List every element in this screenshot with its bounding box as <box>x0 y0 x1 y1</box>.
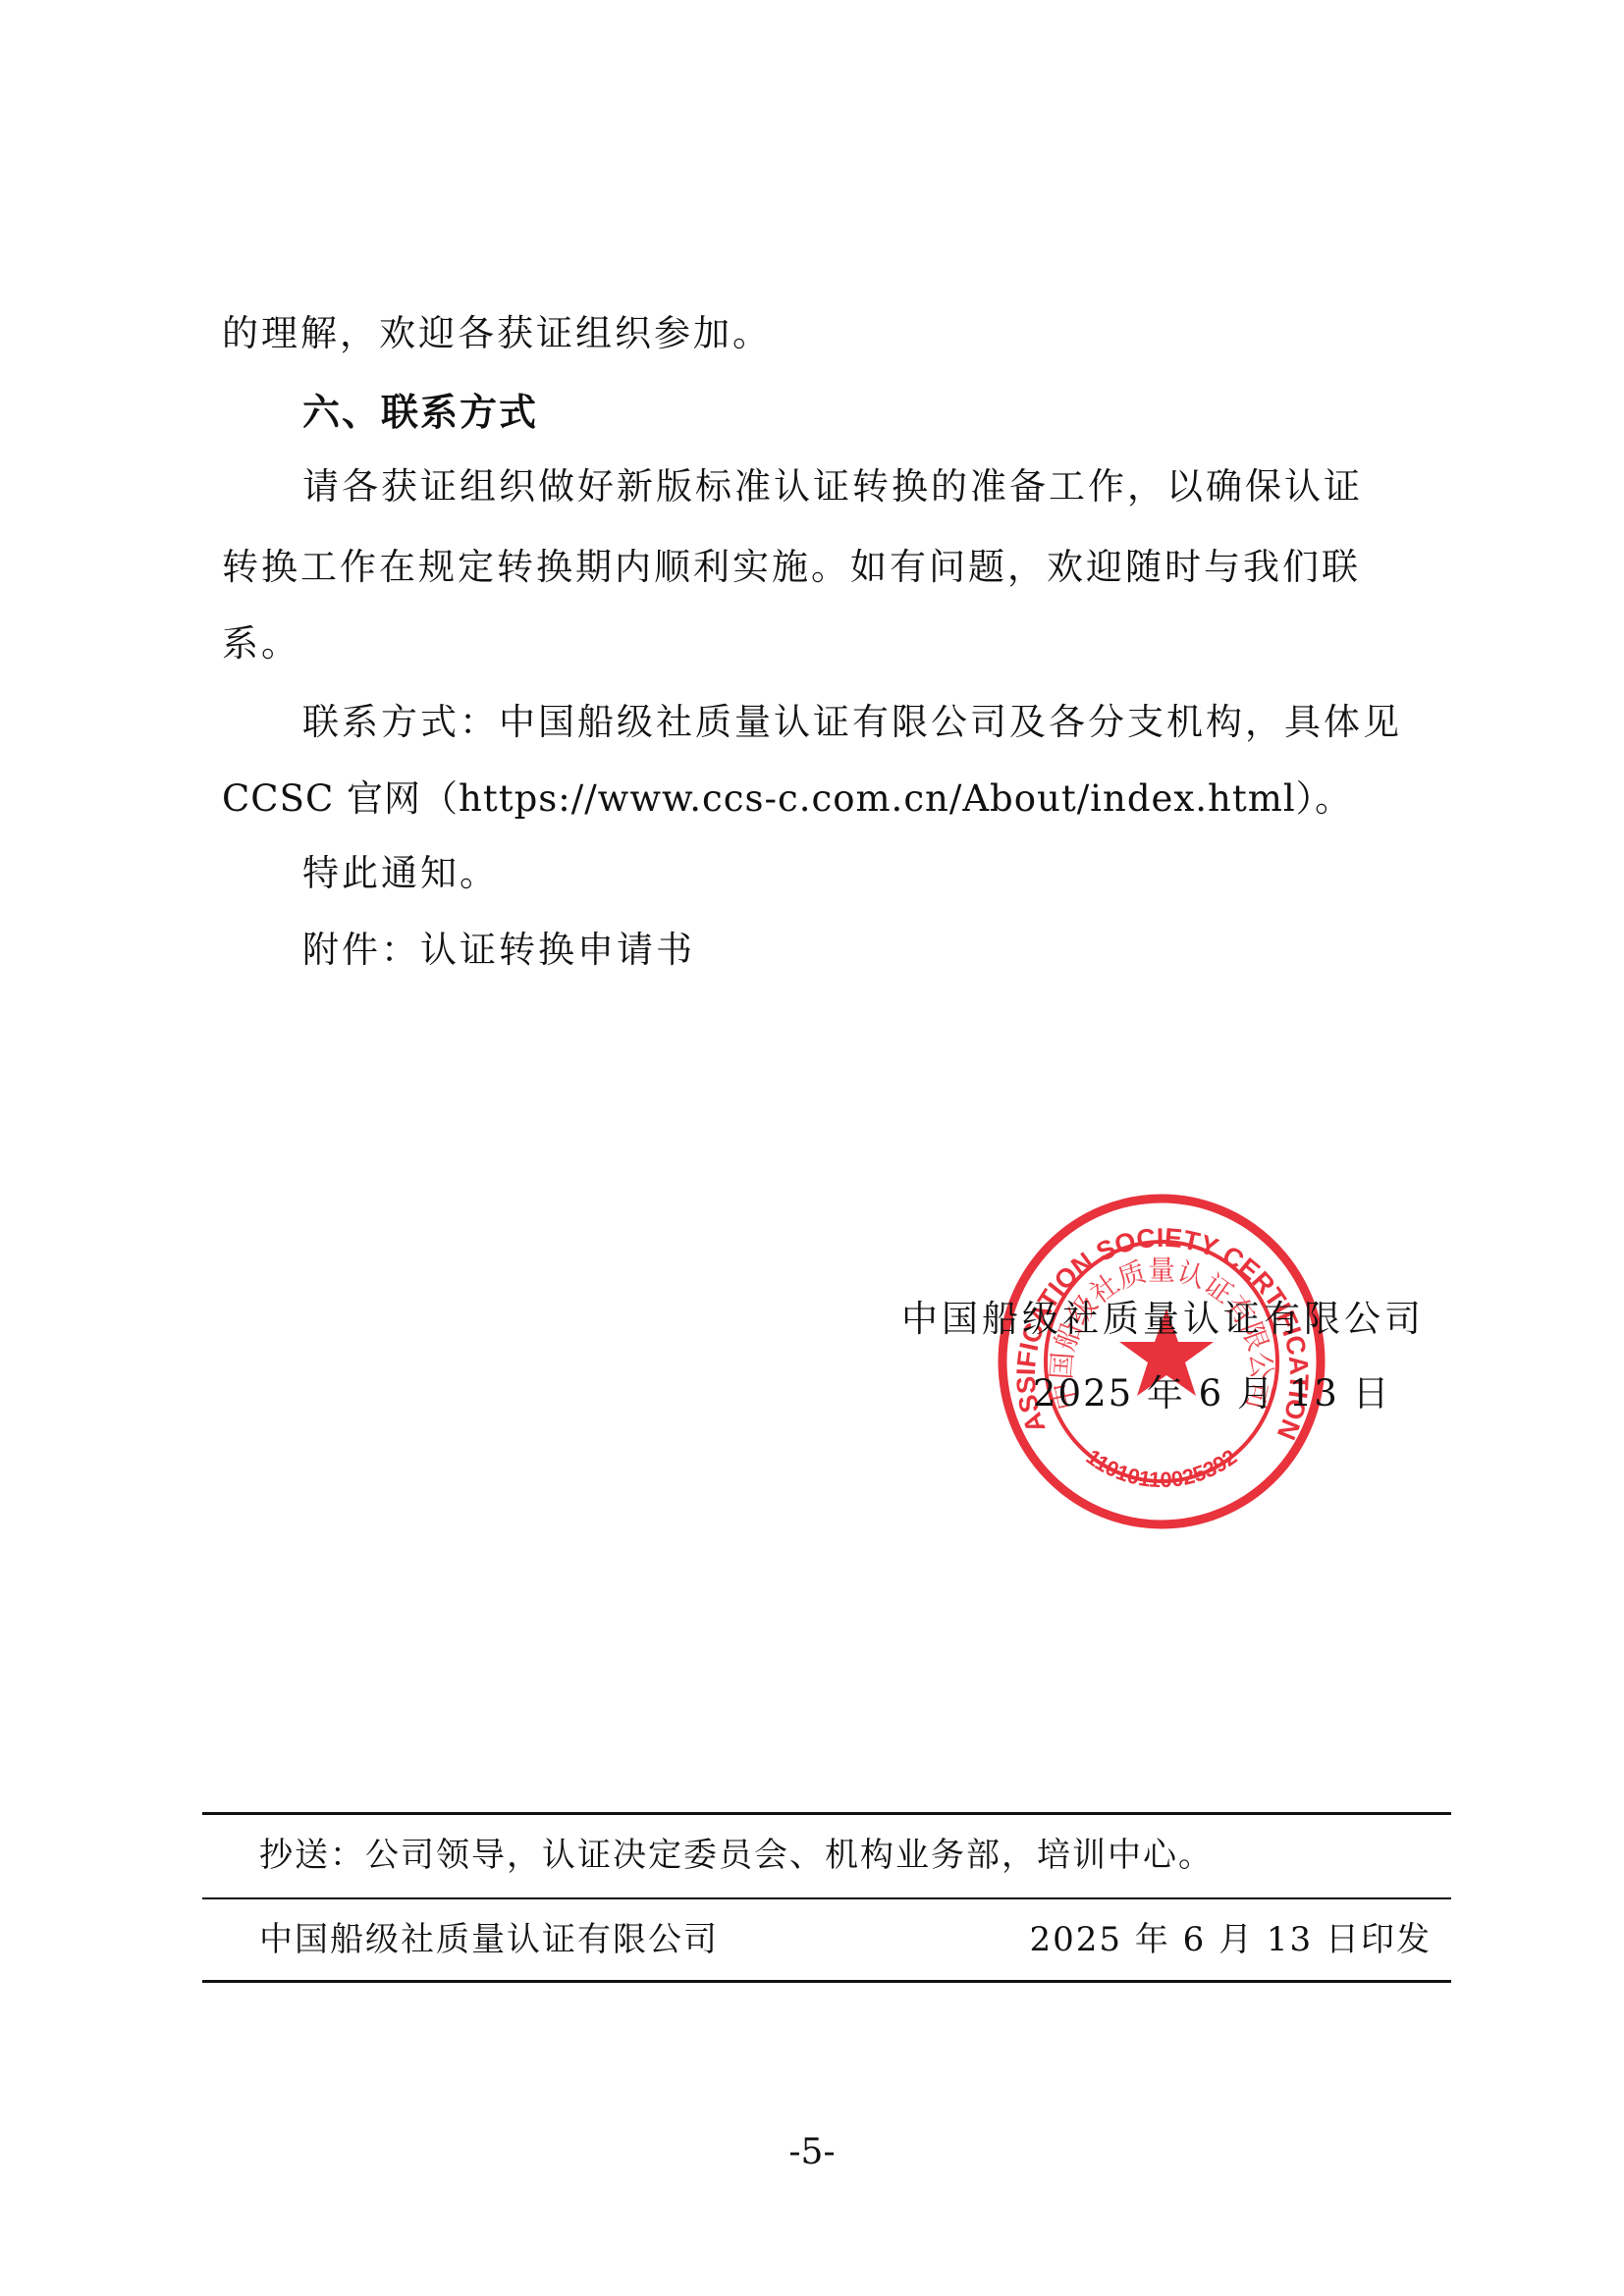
notice-line: 特此通知。 <box>302 852 499 895</box>
footer-rule-middle <box>202 1897 1451 1899</box>
attachment-line: 附件：认证转换申请书 <box>302 929 695 972</box>
paragraph-line: 系。 <box>222 622 300 666</box>
issue-date: 2025 年 6 月 13 日印发 <box>1030 1920 1432 1959</box>
cc-line: 抄送：公司领导，认证决定委员会、机构业务部，培训中心。 <box>259 1836 1214 1875</box>
signature-company: 中国船级社质量认证有限公司 <box>901 1298 1425 1341</box>
svg-text:11010110025392: 11010110025392 <box>1082 1444 1242 1492</box>
contact-url-line: CCSC 官网（https://www.ccs-c.com.cn/About/i… <box>222 777 1352 821</box>
paragraph-line: 转换工作在规定转换期内顺利实施。如有问题，欢迎随时与我们联 <box>222 546 1361 589</box>
issuer: 中国船级社质量认证有限公司 <box>259 1920 719 1959</box>
section-heading: 六、联系方式 <box>302 391 538 434</box>
company-seal-icon: CHINA CLASSIFICATION SOCIETY CERTIFICATI… <box>995 1193 1328 1531</box>
contact-line: 联系方式：中国船级社质量认证有限公司及各分支机构，具体见 <box>302 701 1402 744</box>
signature-date: 2025 年 6 月 13 日 <box>1033 1372 1391 1415</box>
page-number: -5- <box>0 2132 1624 2172</box>
footer-rule-top <box>202 1812 1451 1815</box>
paragraph-line: 请各获证组织做好新版标准认证转换的准备工作，以确保认证 <box>302 465 1363 508</box>
body-line-1: 的理解，欢迎各获证组织参加。 <box>222 312 772 355</box>
footer-rule-bottom <box>202 1980 1451 1983</box>
